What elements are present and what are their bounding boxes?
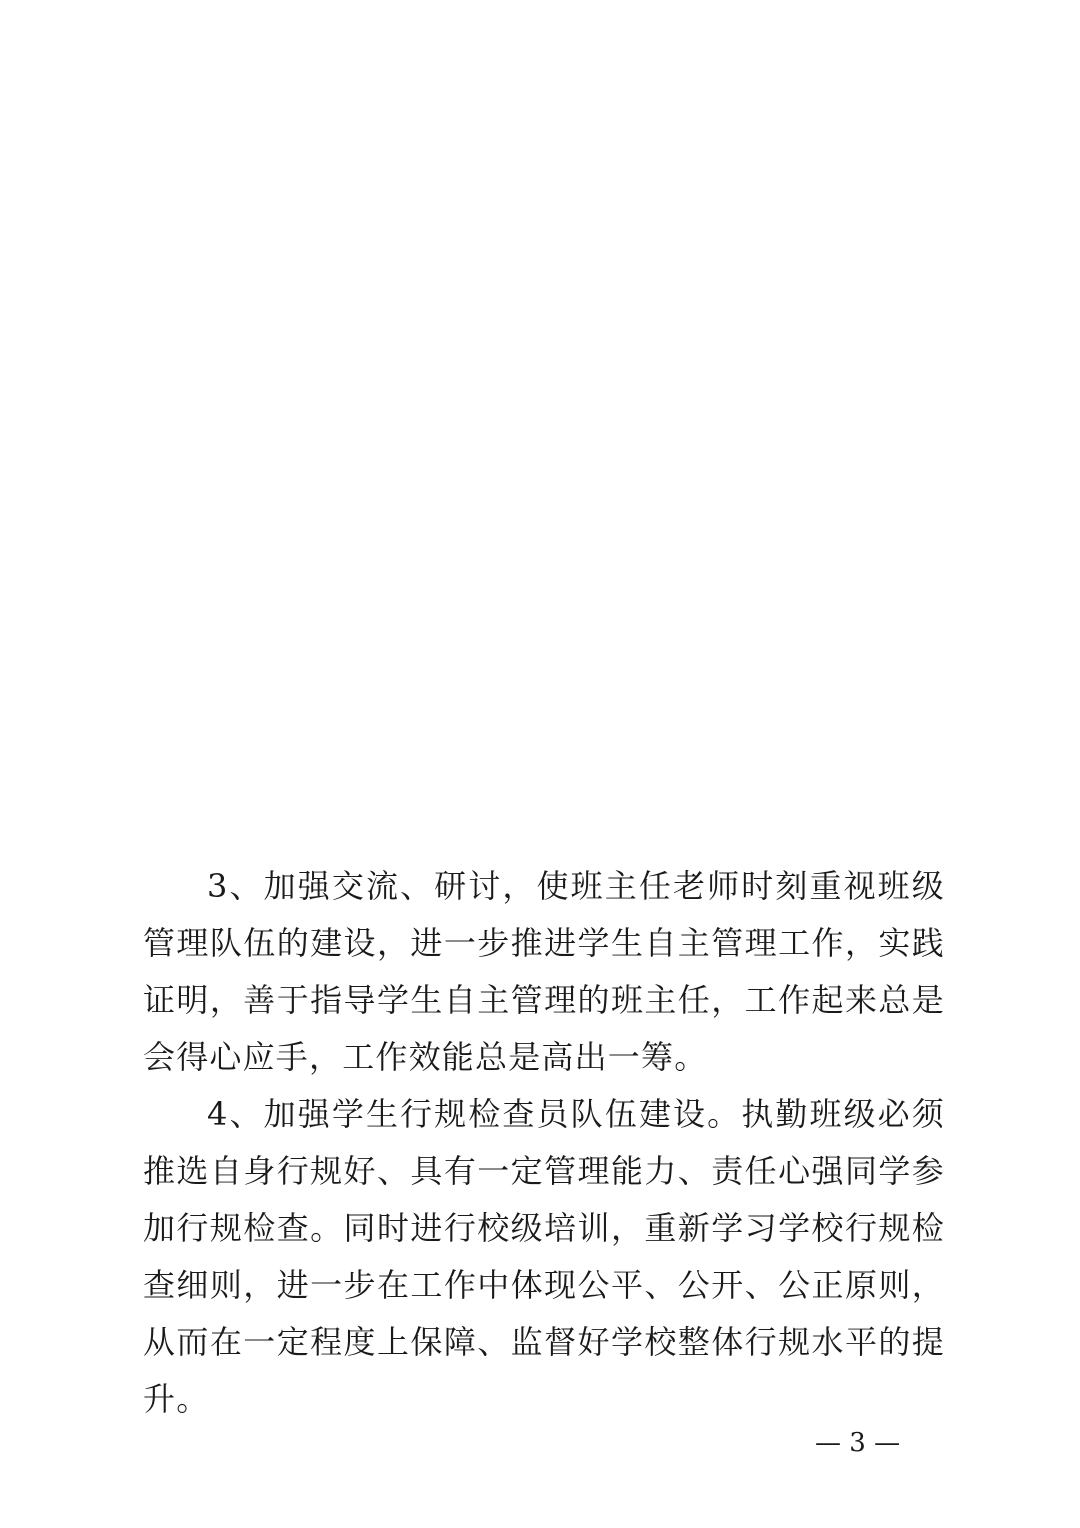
paragraph-3: 3、加强交流、研讨，使班主任老师时刻重视班级管理队伍的建设，进一步推进学生自主管… xyxy=(143,858,945,1086)
document-page: 3、加强交流、研讨，使班主任老师时刻重视班级管理队伍的建设，进一步推进学生自主管… xyxy=(0,0,1080,1528)
page-number: — 3 — xyxy=(815,1428,900,1458)
document-body: 3、加强交流、研讨，使班主任老师时刻重视班级管理队伍的建设，进一步推进学生自主管… xyxy=(143,858,945,1428)
paragraph-4: 4、加强学生行规检查员队伍建设。执勤班级必须推选自身行规好、具有一定管理能力、责… xyxy=(143,1086,945,1428)
